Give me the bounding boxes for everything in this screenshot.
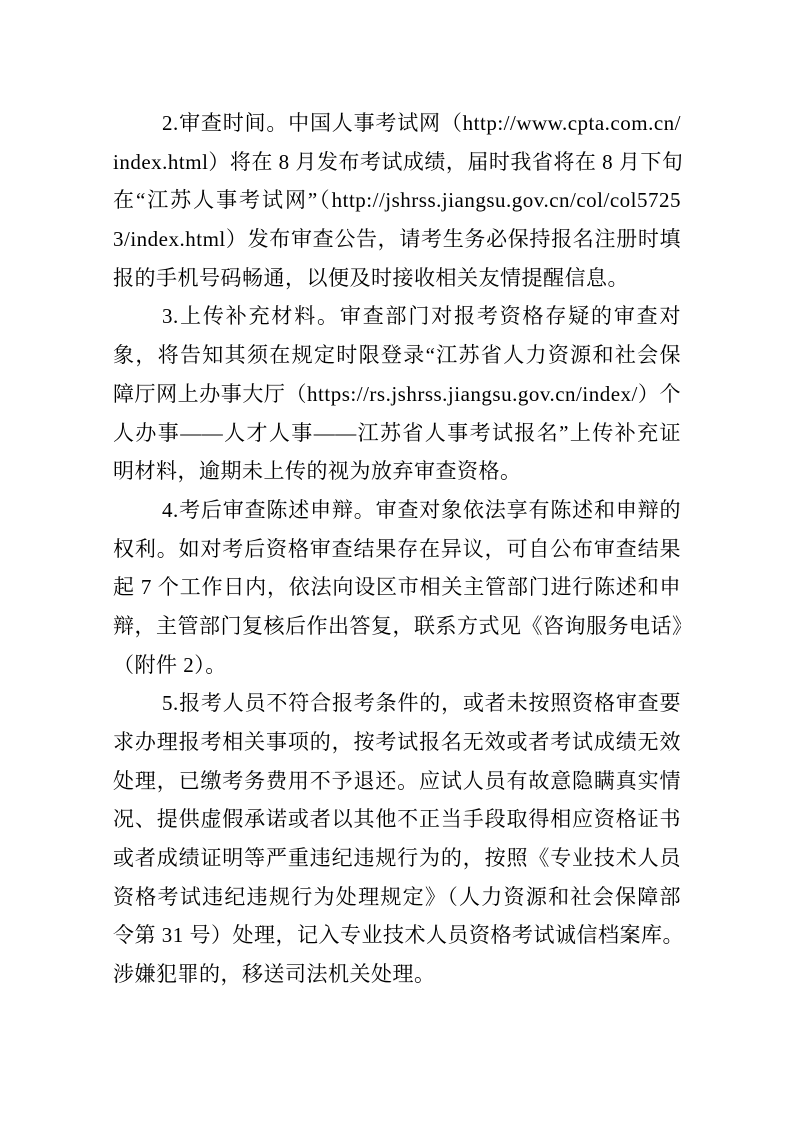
text-line: 况、提供虚假承诺或者以其他不正当手段取得相应资格证书 xyxy=(113,800,681,839)
document-text-block: 2.审查时间。中国人事考试网（http://www.cpta.com.cn/ i… xyxy=(113,104,681,994)
text-line: 权利。如对考后资格审查结果存在异议，可自公布审查结果 xyxy=(113,530,681,569)
text-line: 资格考试违纪违规行为处理规定》（人力资源和社会保障部 xyxy=(113,878,681,917)
text-line: 处理，已缴考务费用不予退还。应试人员有故意隐瞒真实情 xyxy=(113,762,681,801)
paragraph-violations-handling: 5.报考人员不符合报考条件的，或者未按照资格审查要 求办理报考相关事项的，按考试… xyxy=(113,684,681,994)
paragraph-upload-materials: 3.上传补充材料。审查部门对报考资格存疑的审查对 象，将告知其须在规定时限登录“… xyxy=(113,297,681,490)
text-line: 令第 31 号）处理，记入专业技术人员资格考试诚信档案库。 xyxy=(113,916,681,955)
text-line: 障厅网上办事大厅（https://rs.jshrss.jiangsu.gov.c… xyxy=(113,375,681,414)
text-line: 人办事——人才人事——江苏省人事考试报名”上传补充证 xyxy=(113,414,681,453)
text-line: 象，将告知其须在规定时限登录“江苏省人力资源和社会保 xyxy=(113,336,681,375)
paragraph-statement-defense: 4.考后审查陈述申辩。审查对象依法享有陈述和申辩的 权利。如对考后资格审查结果存… xyxy=(113,491,681,684)
text-line: 4.考后审查陈述申辩。审查对象依法享有陈述和申辩的 xyxy=(113,491,681,530)
text-line: index.html）将在 8 月发布考试成绩，届时我省将在 8 月下旬 xyxy=(113,143,681,182)
text-line: 3.上传补充材料。审查部门对报考资格存疑的审查对 xyxy=(113,297,681,336)
text-line: 求办理报考相关事项的，按考试报名无效或者考试成绩无效 xyxy=(113,723,681,762)
text-line: 涉嫌犯罪的，移送司法机关处理。 xyxy=(113,955,681,994)
text-line: 3/index.html）发布审查公告，请考生务必保持报名注册时填 xyxy=(113,220,681,259)
text-line: 5.报考人员不符合报考条件的，或者未按照资格审查要 xyxy=(113,684,681,723)
document-page: 2.审查时间。中国人事考试网（http://www.cpta.com.cn/ i… xyxy=(0,0,794,1123)
text-line: 起 7 个工作日内，依法向设区市相关主管部门进行陈述和申 xyxy=(113,568,681,607)
text-line: 在“江苏人事考试网”（http://jshrss.jiangsu.gov.cn/… xyxy=(113,181,681,220)
text-line: 辩，主管部门复核后作出答复，联系方式见《咨询服务电话》 xyxy=(113,607,681,646)
text-line: （附件 2）。 xyxy=(113,646,681,685)
text-line: 报的手机号码畅通，以便及时接收相关友情提醒信息。 xyxy=(113,259,681,298)
text-line: 明材料，逾期未上传的视为放弃审查资格。 xyxy=(113,452,681,491)
text-line: 或者成绩证明等严重违纪违规行为的，按照《专业技术人员 xyxy=(113,839,681,878)
paragraph-review-time: 2.审查时间。中国人事考试网（http://www.cpta.com.cn/ i… xyxy=(113,104,681,297)
text-line: 2.审查时间。中国人事考试网（http://www.cpta.com.cn/ xyxy=(113,104,681,143)
